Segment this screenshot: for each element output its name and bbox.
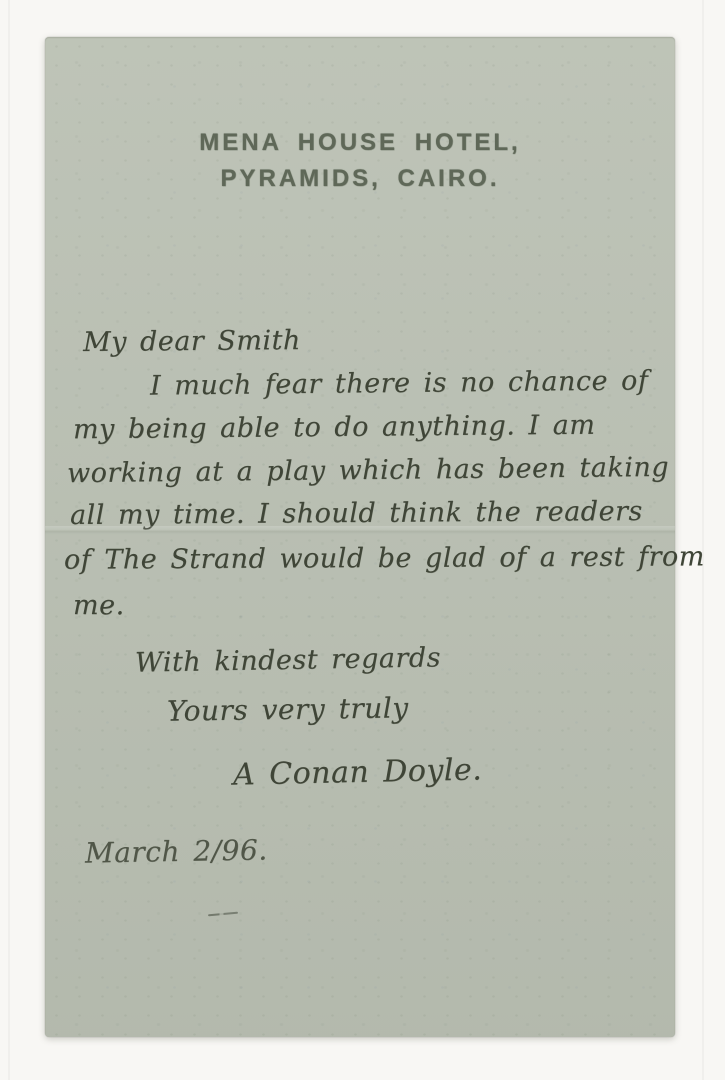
date-line: March 2/96. [85,833,268,869]
body-line-3: working at a play which has been taking [67,452,669,489]
valediction: Yours very truly [167,691,409,727]
scan-page: { "document_type": "handwritten-letter-s… [0,0,725,1080]
closing-regards: With kindest regards [135,642,441,678]
body-line-2: my being able to do anything. I am [73,410,596,446]
letterhead-hotel-name: MENA HOUSE HOTEL, [45,125,675,161]
body-line-6: me. [73,590,125,621]
scan-background: MENA HOUSE HOTEL, PYRAMIDS, CAIRO. My de… [0,0,725,1080]
letterhead-location: PYRAMIDS, CAIRO. [45,161,675,197]
salutation: My dear Smith [83,325,301,358]
backdrop-crease-right [702,0,704,1080]
fold-crease [45,526,675,535]
letterhead: MENA HOUSE HOTEL, PYRAMIDS, CAIRO. [45,125,675,197]
backdrop-crease-left [8,0,10,1080]
body-line-5: of The Strand would be glad of a rest fr… [64,541,705,575]
body-line-1: I much fear there is no chance of [150,365,649,401]
signature: A Conan Doyle. [233,752,483,792]
letter-paper: MENA HOUSE HOTEL, PYRAMIDS, CAIRO. My de… [45,37,675,1037]
pencil-mark [208,912,238,917]
